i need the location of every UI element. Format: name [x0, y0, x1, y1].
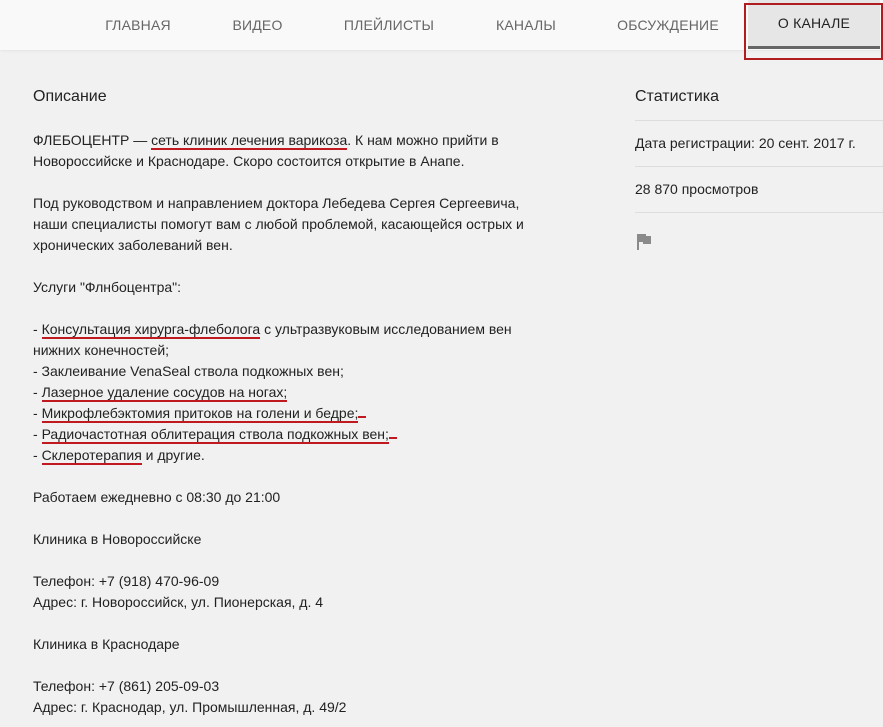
clinic-title: Клиника в Новороссийске	[33, 529, 573, 550]
tab-playlists[interactable]: ПЛЕЙЛИСТЫ	[330, 0, 448, 50]
service-highlight: Лазерное удаление сосудов на ногах;	[42, 384, 288, 402]
service-item: - Консультация хирурга-флеболога с ультр…	[33, 319, 533, 361]
report-row	[635, 212, 883, 251]
intro-highlight: сеть клиник лечения варикоза	[151, 132, 347, 150]
service-prefix: -	[33, 384, 42, 400]
service-item: - Лазерное удаление сосудов на ногах;	[33, 382, 573, 403]
intro-prefix: ФЛЕБОЦЕНТР —	[33, 132, 151, 148]
tab-home[interactable]: ГЛАВНАЯ	[92, 0, 184, 50]
service-item: - Радиочастотная облитерация ствола подк…	[33, 424, 573, 445]
clinic-title: Клиника в Краснодаре	[33, 634, 573, 655]
stats-section: Статистика Дата регистрации: 20 сент. 20…	[635, 86, 883, 251]
service-prefix: -	[33, 405, 42, 421]
service-highlight: Склеротерапия	[42, 447, 142, 465]
service-highlight: Радиочастотная облитерация ствола подкож…	[42, 426, 389, 444]
service-text: - Заклеивание VenaSeal ствола подкожных …	[33, 363, 344, 379]
clinic-phone: Телефон: +7 (861) 205-09-03	[33, 676, 573, 697]
view-count: 28 870 просмотров	[635, 166, 883, 212]
tab-about[interactable]: О КАНАЛЕ	[748, 0, 880, 49]
tab-discussion[interactable]: ОБСУЖДЕНИЕ	[606, 0, 730, 50]
leadership-paragraph: Под руководством и направлением доктора …	[33, 193, 538, 256]
service-prefix: -	[33, 321, 42, 337]
service-highlight: Микрофлебэктомия притоков на голени и бе…	[42, 405, 359, 423]
services-title: Услуги "Флнбоцентра":	[33, 277, 573, 298]
registration-date: Дата регистрации: 20 сент. 2017 г.	[635, 120, 883, 166]
service-prefix: -	[33, 426, 42, 442]
stats-title: Статистика	[635, 86, 883, 107]
service-item: - Склеротерапия и другие.	[33, 445, 573, 466]
working-hours: Работаем ежедневно с 08:30 до 21:00	[33, 487, 573, 508]
clinic-address: Адрес: г. Краснодар, ул. Промышленная, д…	[33, 697, 573, 718]
channel-tab-bar: ГЛАВНАЯ ВИДЕО ПЛЕЙЛИСТЫ КАНАЛЫ ОБСУЖДЕНИ…	[0, 0, 883, 50]
description-title: Описание	[33, 86, 573, 107]
service-item: - Заклеивание VenaSeal ствола подкожных …	[33, 361, 573, 382]
service-highlight: Консультация хирурга-флеболога	[42, 321, 261, 339]
clinic-phone: Телефон: +7 (918) 470-96-09	[33, 571, 573, 592]
tab-videos[interactable]: ВИДЕО	[220, 0, 295, 50]
service-item: - Микрофлебэктомия притоков на голени и …	[33, 403, 573, 424]
flag-icon[interactable]	[635, 233, 653, 251]
service-suffix: и другие.	[142, 447, 205, 463]
intro-paragraph: ФЛЕБОЦЕНТР — сеть клиник лечения варикоз…	[33, 130, 573, 172]
clinic-address: Адрес: г. Новороссийск, ул. Пионерская, …	[33, 592, 573, 613]
description-section: Описание ФЛЕБОЦЕНТР — сеть клиник лечени…	[33, 86, 573, 718]
tab-channels[interactable]: КАНАЛЫ	[482, 0, 570, 50]
service-prefix: -	[33, 447, 42, 463]
